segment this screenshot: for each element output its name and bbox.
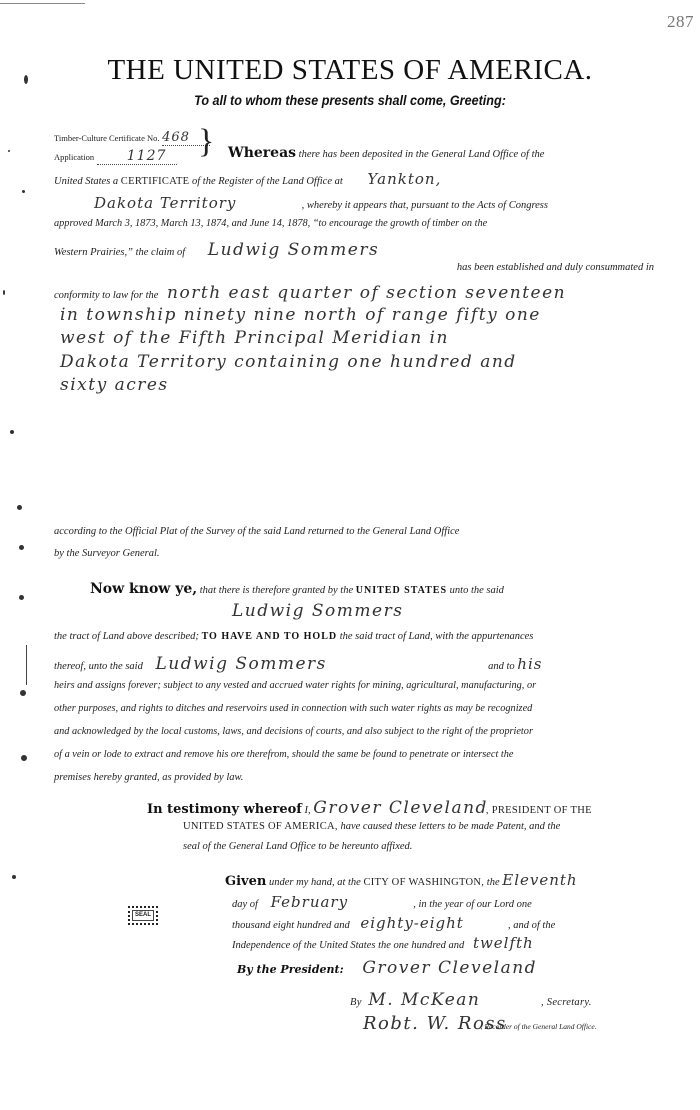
by-president-line: By the President: Grover Cleveland [237, 958, 657, 978]
grant-line-1: Now know ye, that there is therefore gra… [90, 581, 660, 597]
whereas-line-6: has been established and duly consummate… [54, 262, 654, 273]
given-line-2: day of February , in the year of our Lor… [232, 893, 660, 911]
brace: } [198, 123, 214, 161]
independence-year-value: twelfth [473, 934, 534, 952]
grant-line-5: other purposes, and rights to ditches an… [54, 703, 654, 714]
given-text: Independence of the United States the on… [232, 940, 464, 951]
margin-speck [8, 150, 10, 152]
margin-speck [19, 595, 24, 600]
survey-line-2: by the Surveyor General. [54, 548, 654, 559]
given-text: , and of the [508, 920, 555, 931]
margin-speck [22, 190, 25, 193]
whereas-text: conformity to law for the [54, 290, 158, 301]
land-description-line: north east quarter of section seventeen [167, 283, 566, 303]
grant-text: the said tract of Land, with the appurte… [340, 631, 534, 642]
grantee-name-repeat: Ludwig Sommers [155, 654, 485, 674]
whereas-text: United States a [54, 176, 118, 187]
testimony-text: have caused these letters to be made Pat… [340, 821, 560, 832]
by-president-label: By the President: [237, 963, 344, 976]
grant-line-8: premises hereby granted, as provided by … [54, 772, 654, 783]
whereas-line-5: Western Prairies,” the claim of Ludwig S… [54, 240, 654, 260]
land-office-location: Yankton, [367, 170, 441, 188]
whereas-text: , whereby it appears that, pursuant to t… [302, 200, 548, 211]
margin-speck [3, 290, 5, 295]
margin-speck [21, 755, 27, 761]
land-description-line: Dakota Territory containing one hundred … [60, 352, 660, 372]
usa-caps: UNITED STATES OF AMERICA, [183, 821, 338, 832]
certificate-caps: CERTIFICATE [121, 176, 190, 187]
certificate-number-row: Timber-Culture Certificate No. 468 [54, 130, 654, 146]
whereas-text: there has been deposited in the General … [299, 149, 545, 160]
grant-text: thereof, unto the said [54, 661, 143, 672]
grant-text: and to [488, 661, 515, 672]
seal-placeholder: SEAL [128, 906, 158, 925]
given-text: thousand eight hundred and [232, 920, 350, 931]
margin-speck [10, 430, 14, 434]
by-label: By [350, 997, 362, 1008]
grant-line-4: heirs and assigns forever; subject to an… [54, 680, 654, 691]
whereas-line-1: Whereas there has been deposited in the … [228, 145, 658, 161]
testimony-text: I, [304, 805, 310, 816]
whereas-line-2: United States a CERTIFICATE of the Regis… [54, 170, 654, 188]
grant-line-6: and acknowledged by the local customs, l… [54, 726, 654, 737]
grant-text: that there is therefore granted by the [200, 585, 353, 596]
margin-speck [20, 690, 26, 696]
day-value: Eleventh [502, 871, 577, 889]
given-line-4: Independence of the United States the on… [232, 934, 660, 952]
grant-text: unto the said [450, 585, 504, 596]
claimant-name: Ludwig Sommers [208, 240, 379, 260]
whereas-text: Western Prairies,” the claim of [54, 247, 185, 258]
grant-line-3: thereof, unto the said Ludwig Sommers an… [54, 654, 654, 674]
testimony-lead: In testimony whereof [147, 802, 302, 817]
scan-rule [0, 3, 85, 4]
grant-line-7: of a vein or lode to extract and remove … [54, 749, 654, 760]
grantee-name: Ludwig Sommers [232, 601, 700, 621]
secretary-signature: M. McKean [368, 990, 538, 1010]
testimony-line-3: seal of the General Land Office to be he… [183, 841, 658, 852]
given-line-3: thousand eight hundred and eighty-eight … [232, 914, 660, 932]
survey-line-1: according to the Official Plat of the Su… [54, 526, 654, 537]
whereas-lead: Whereas [228, 145, 296, 161]
whereas-line-3: Dakota Territory , whereby it appears th… [54, 194, 654, 212]
recorder-signature: Robt. W. Ross [363, 1013, 478, 1034]
given-lead: Given [225, 874, 266, 889]
given-text: day of [232, 899, 258, 910]
land-description-line: in township ninety nine north of range f… [60, 305, 660, 325]
secretary-line: By M. McKean , Secretary. [350, 990, 660, 1010]
habendum-caps: TO HAVE AND TO HOLD [202, 631, 338, 642]
whereas-line-7: conformity to law for the north east qua… [54, 283, 654, 303]
given-text: under my hand, at the [269, 877, 361, 888]
certificate-label: Timber-Culture Certificate No. [54, 133, 160, 143]
margin-speck [12, 875, 16, 879]
united-states-caps: UNITED STATES [356, 585, 447, 596]
president-signature: Grover Cleveland [362, 958, 537, 978]
testimony-line-1: In testimony whereof I, Grover Cleveland… [147, 798, 657, 818]
grant-line-2: the tract of Land above described; TO HA… [54, 631, 654, 642]
month-value: February [271, 893, 411, 911]
testimony-line-2: UNITED STATES OF AMERICA, have caused th… [183, 821, 658, 832]
territory: Dakota Territory [94, 194, 299, 212]
page-number: 287 [667, 12, 694, 32]
scan-margin [0, 0, 34, 1110]
given-text: , in the year of our Lord one [413, 899, 532, 910]
application-number: 1127 [97, 148, 177, 165]
recorder-line: Robt. W. Ross , Recorder of the General … [363, 1013, 663, 1034]
given-text: the [487, 877, 500, 888]
year-value: eighty-eight [360, 914, 505, 932]
margin-rule [26, 645, 27, 685]
president-caps: , PRESIDENT OF THE [486, 805, 592, 816]
margin-speck [17, 505, 22, 510]
whereas-text: of the Register of the Land Office at [192, 176, 343, 187]
land-description-line: sixty acres [60, 375, 660, 395]
city-caps: CITY OF WASHINGTON, [363, 877, 484, 888]
greeting: To all to whom these presents shall come… [35, 92, 665, 108]
recorder-title: , Recorder of the General Land Office. [481, 1022, 597, 1031]
grant-text: the tract of Land above described; [54, 631, 199, 642]
land-description-line: west of the Fifth Principal Meridian in [60, 328, 660, 348]
margin-speck [19, 545, 24, 550]
pronoun: his [517, 655, 542, 673]
president-name: Grover Cleveland [313, 798, 483, 818]
document-title: THE UNITED STATES OF AMERICA. [0, 54, 700, 87]
grant-lead: Now know ye, [90, 581, 197, 597]
application-label: Application [54, 152, 94, 162]
given-line-1: Given under my hand, at the CITY OF WASH… [225, 871, 660, 889]
secretary-title: , Secretary. [541, 997, 592, 1008]
whereas-line-4: approved March 3, 1873, March 13, 1874, … [54, 218, 654, 229]
